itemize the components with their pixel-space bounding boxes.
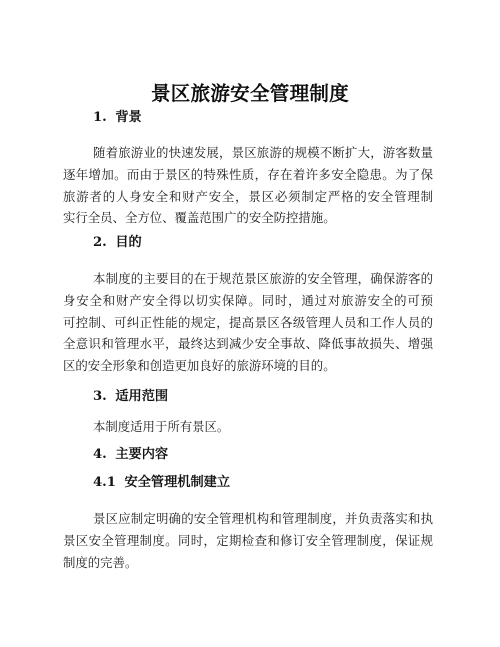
- section-heading-purpose: 2. 目的: [93, 235, 142, 251]
- text-line: 区的安全形象和创造更加良好的旅游环境的目的。: [63, 355, 433, 377]
- document-title: 景区旅游安全管理制度: [0, 81, 500, 106]
- document-page: 景区旅游安全管理制度 1. 背景 随着旅游业的快速发展，景区旅游的规模不断扩大，…: [0, 0, 500, 647]
- text-line: 本制度适用于所有景区。: [63, 416, 433, 438]
- text-line: 随着旅游业的快速发展，景区旅游的规模不断扩大，游客数量也: [63, 142, 433, 164]
- text-line: 实行全员、全方位、覆盖范围广的安全防控措施。: [63, 207, 433, 229]
- section-heading-background: 1. 背景: [93, 110, 142, 126]
- section-heading-scope: 3. 适用范围: [93, 389, 168, 405]
- paragraph-background: 随着旅游业的快速发展，景区旅游的规模不断扩大，游客数量也 逐年增加。而由于景区的…: [63, 142, 433, 229]
- text-line: 可控制、可纠正性能的规定，提高景区各级管理人员和工作人员的安: [63, 312, 433, 334]
- paragraph-purpose: 本制度的主要目的在于规范景区旅游的安全管理，确保游客的人 身安全和财产安全得以切…: [63, 268, 433, 377]
- text-line: 景区安全管理制度。同时，定期检查和修订安全管理制度，保证规章: [63, 530, 433, 552]
- text-line: 全意识和管理水平，最终达到减少安全事故、降低事故损失、增强景: [63, 333, 433, 355]
- text-line: 逐年增加。而由于景区的特殊性质，存在着许多安全隐患。为了保障: [63, 164, 433, 186]
- text-line: 身安全和财产安全得以切实保障。同时，通过对旅游安全的可预防、: [63, 290, 433, 312]
- paragraph-safety-mechanism: 景区应制定明确的安全管理机构和管理制度，并负责落实和执行 景区安全管理制度。同时…: [63, 508, 433, 573]
- text-line: 本制度的主要目的在于规范景区旅游的安全管理，确保游客的人: [63, 268, 433, 290]
- text-line: 制度的完善。: [63, 552, 433, 574]
- text-line: 景区应制定明确的安全管理机构和管理制度，并负责落实和执行: [63, 508, 433, 530]
- subsection-heading-safety-mechanism: 4.1 安全管理机制建立: [93, 475, 230, 491]
- text-line: 旅游者的人身安全和财产安全，景区必须制定严格的安全管理制度，: [63, 186, 433, 208]
- paragraph-scope: 本制度适用于所有景区。: [63, 416, 433, 438]
- section-heading-main-content: 4. 主要内容: [93, 447, 168, 463]
